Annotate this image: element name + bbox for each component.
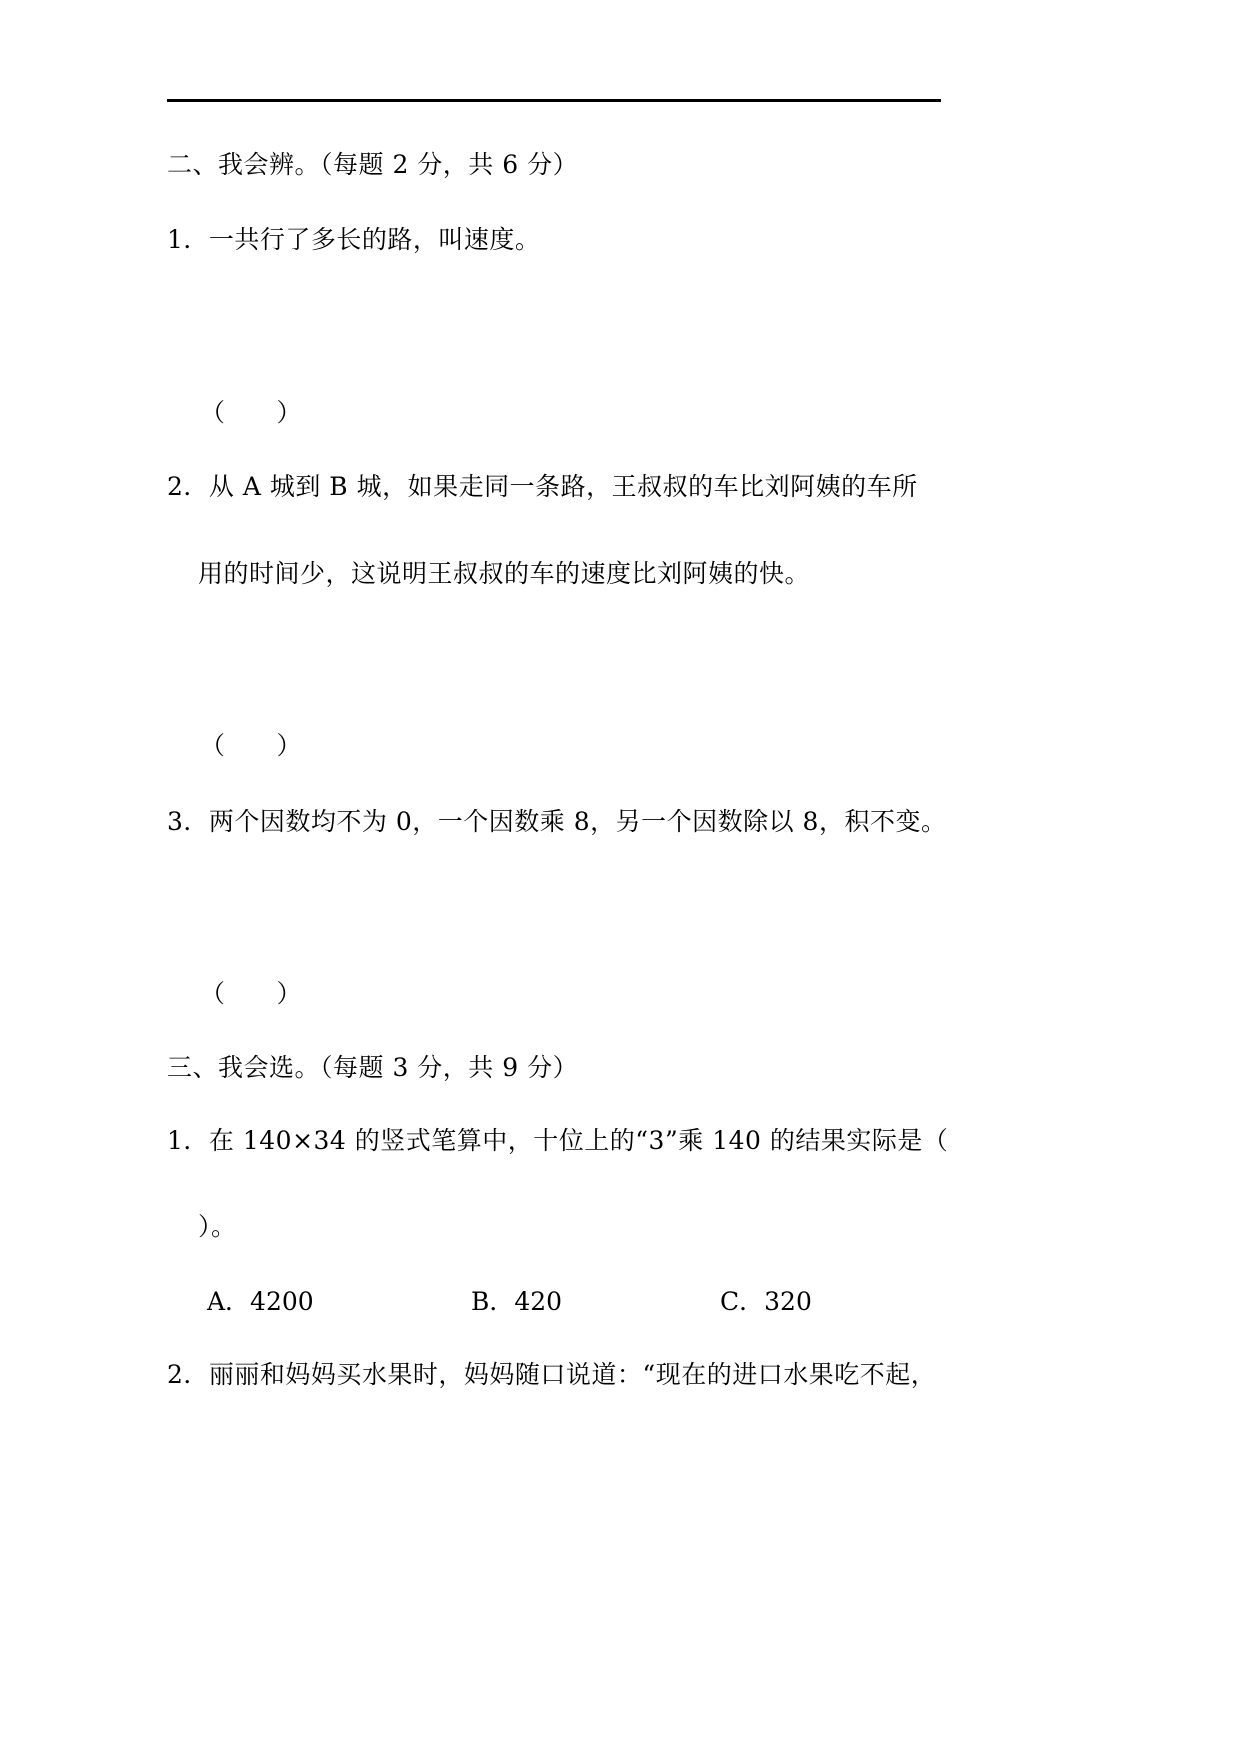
s2-q3-answer-bracket[interactable]: （ ）: [200, 979, 302, 1009]
s3-q2-text-line1: 2．丽丽和妈妈买水果时，妈妈随口说道：“现在的进口水果吃不起，: [167, 1360, 936, 1390]
section2-header: 二、我会辨。（每题 2 分，共 6 分）: [167, 150, 578, 180]
s3-q1-option-b[interactable]: B．420: [471, 1287, 562, 1317]
s2-q2-answer-bracket[interactable]: （ ）: [200, 731, 302, 761]
s2-q2-text-line2: 用的时间少，这说明王叔叔的车的速度比刘阿姨的快。: [198, 559, 810, 589]
section3-header: 三、我会选。（每题 3 分，共 9 分）: [167, 1053, 578, 1083]
s2-q3-text: 3．两个因数均不为 0，一个因数乘 8，另一个因数除以 8，积不变。: [167, 807, 946, 837]
s3-q1-option-c[interactable]: C．320: [720, 1287, 812, 1317]
s2-q1-text: 1．一共行了多长的路，叫速度。: [167, 225, 540, 255]
s2-q2-text-line1: 2．从 A 城到 B 城，如果走同一条路，王叔叔的车比刘阿姨的车所: [167, 472, 918, 502]
s2-q1-answer-bracket[interactable]: （ ）: [200, 398, 302, 428]
s3-q1-text-line1: 1．在 140×34 的竖式笔算中，十位上的“3”乘 140 的结果实际是（: [167, 1126, 948, 1156]
s3-q1-text-line2: ）。: [198, 1212, 237, 1242]
s3-q1-option-a[interactable]: A．4200: [207, 1287, 314, 1317]
header-rule: [167, 99, 941, 102]
